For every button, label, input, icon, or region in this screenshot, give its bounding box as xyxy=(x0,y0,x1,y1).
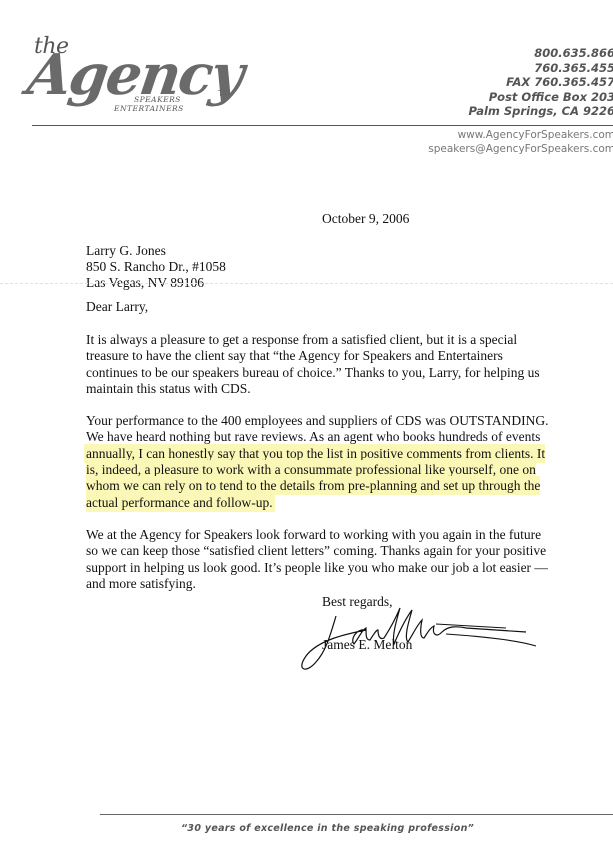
highlighted-text: annually, I can honestly say that you to… xyxy=(86,446,545,510)
website-link[interactable]: www.AgencyForSpeakers.com xyxy=(428,128,613,142)
salutation: Dear Larry, xyxy=(86,299,148,315)
letter-body: It is always a pleasure to get a respons… xyxy=(86,332,556,608)
footer-divider xyxy=(100,814,613,815)
letterhead-divider xyxy=(32,125,613,126)
city-state-zip: Palm Springs, CA 9226 xyxy=(469,104,613,119)
letter-date: October 9, 2006 xyxy=(322,211,409,227)
paragraph-3: We at the Agency for Speakers look forwa… xyxy=(86,527,556,592)
web-contact: www.AgencyForSpeakers.com speakers@Agenc… xyxy=(428,128,613,156)
signer-name: James E. Melton xyxy=(322,637,412,653)
logo-subtitle: SPEAKERS ENTERTAINERS xyxy=(114,95,184,113)
phone-local: 760.365.455 xyxy=(469,61,613,76)
footer-tagline: “30 years of excellence in the speaking … xyxy=(181,823,474,834)
contact-block: 800.635.866 760.365.455 FAX 760.365.457 … xyxy=(469,46,613,119)
recipient-street: 850 S. Rancho Dr., #1058 xyxy=(86,259,226,275)
fold-line xyxy=(0,283,613,284)
po-box: Post Office Box 203 xyxy=(469,90,613,105)
paragraph-1: It is always a pleasure to get a respons… xyxy=(86,332,556,397)
signature-icon xyxy=(296,596,546,676)
phone-tollfree: 800.635.866 xyxy=(469,46,613,61)
fax-number: FAX 760.365.457 xyxy=(469,75,613,90)
trademark-mark: TM xyxy=(218,89,230,98)
email-link[interactable]: speakers@AgencyForSpeakers.com xyxy=(428,142,613,156)
agency-logo: the Agency SPEAKERS ENTERTAINERS TM xyxy=(28,34,228,124)
paragraph-2: Your performance to the 400 employees an… xyxy=(86,413,556,511)
recipient-name: Larry G. Jones xyxy=(86,243,226,259)
